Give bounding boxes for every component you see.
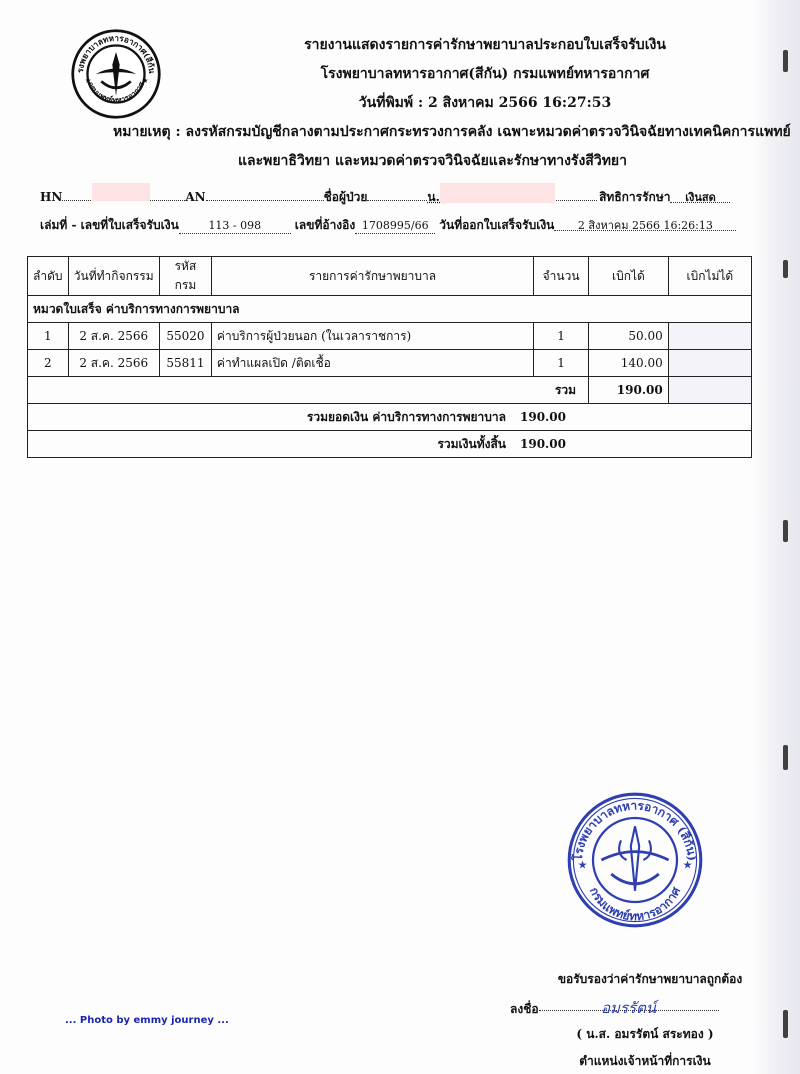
redacted-patient-name [440,183,555,203]
an-value [206,186,324,201]
patient-name-label: ชื่อผู้ป่วย [324,188,368,207]
row-description: ค่าทำแผลเปิด /ติดเชื้อ [211,350,533,377]
row-non-claimable [668,323,751,350]
row-quantity: 1 [534,323,589,350]
patient-name-lead [367,186,427,201]
row-non-claimable [668,350,751,377]
row-claimable: 50.00 [589,323,669,350]
signature-field: อมรรัตน์ [539,996,719,1011]
subtotal-value: 190.00 [589,377,669,404]
rights-label: สิทธิการรักษา [599,188,670,207]
row-quantity: 1 [534,350,589,377]
receipt-number-value: 113 - 098 [179,219,291,234]
subtotal-non-claimable [668,377,751,404]
handwritten-signature: อมรรัตน์ [601,999,656,1017]
hn-label: HN [40,190,62,204]
table-row: 2 2 ส.ค. 2566 55811 ค่าทำแผลเปิด /ติดเชื… [28,350,752,377]
note-line-2: และพยาธิวิทยา และหมวดค่าตรวจวินิจฉัยและร… [238,150,627,172]
category-label: หมวดใบเสร็จ ค่าบริการทางการพยาบาล [28,296,752,323]
category-total-row: รวมยอดเงิน ค่าบริการทางการพยาบาล 190.00 [28,404,752,431]
reference-label: เลขที่อ้างอิง [295,216,355,235]
col-header-claimable: เบิกได้ [589,257,669,296]
row-code: 55811 [159,350,211,377]
category-total-cell: รวมยอดเงิน ค่าบริการทางการพยาบาล 190.00 [28,404,752,431]
scan-edge-shadow [752,0,800,1074]
subtotal-label: รวม [28,377,589,404]
an-label: AN [185,190,205,204]
receipt-number-label: เล่มที่ - เลขที่ใบเสร็จรับเงิน [40,216,179,235]
bill-items-table: ลำดับ วันที่ทำกิจกรรม รหัสกรม รายการค่าร… [27,256,752,458]
col-header-no: ลำดับ [28,257,69,296]
row-code: 55020 [159,323,211,350]
receipt-info-row: เล่มที่ - เลขที่ใบเสร็จรับเงิน 113 - 098… [40,216,736,235]
grand-total-cell: รวมเงินทั้งสิ้น 190.00 [28,431,752,458]
col-header-quantity: จำนวน [534,257,589,296]
svg-text:★: ★ [578,858,588,871]
subtotal-row: รวม 190.00 [28,377,752,404]
scan-binding-mark [783,745,788,770]
col-header-date: วันที่ทำกิจกรรม [68,257,159,296]
table-row: 1 2 ส.ค. 2566 55020 ค่าบริการผู้ป่วยนอก … [28,323,752,350]
category-row: หมวดใบเสร็จ ค่าบริการทางการพยาบาล [28,296,752,323]
sign-label: ลงชื่อ [510,1002,539,1016]
row-no: 2 [28,350,69,377]
redacted-hn [92,183,150,201]
print-date: วันที่พิมพ์ : 2 สิงหาคม 2566 16:27:53 [85,92,800,114]
scan-binding-mark [783,520,788,542]
reference-value: 1708995/66 [355,219,435,234]
col-header-non-claimable: เบิกไม่ได้ [668,257,751,296]
signature-line: ลงชื่ออมรรัตน์ [480,996,800,1019]
grand-total-label: รวมเงินทั้งสิ้น [28,435,520,454]
row-claimable: 140.00 [589,350,669,377]
table-header-row: ลำดับ วันที่ทำกิจกรรม รหัสกรม รายการค่าร… [28,257,752,296]
scan-binding-mark [783,260,788,278]
row-date: 2 ส.ค. 2566 [68,323,159,350]
hospital-name: โรงพยาบาลทหารอากาศ(สีกัน) กรมแพทย์ทหารอา… [85,63,800,85]
report-title: รายงานแสดงรายการค่ารักษาพยาบาลประกอบใบเส… [85,34,800,56]
category-total-value: 190.00 [520,410,566,424]
row-date: 2 ส.ค. 2566 [68,350,159,377]
note-line-1: หมายเหตุ : ลงรหัสกรมบัญชีกลางตามประกาศกร… [113,121,791,143]
col-header-code: รหัสกรม [159,257,211,296]
certification-text: ขอรับรองว่าค่ารักษาพยาบาลถูกต้อง [500,970,800,989]
category-total-label: รวมยอดเงิน ค่าบริการทางการพยาบาล [28,408,520,427]
issue-date-label: วันที่ออกใบเสร็จรับเงิน [439,216,554,235]
rights-value: เงินสด [670,188,730,203]
row-no: 1 [28,323,69,350]
svg-text:★: ★ [683,858,693,871]
signer-position: ตำแหน่งเจ้าหน้าที่การเงิน [495,1052,795,1071]
col-header-description: รายการค่ารักษาพยาบาล [211,257,533,296]
row-description: ค่าบริการผู้ป่วยนอก (ในเวลาราชการ) [211,323,533,350]
signer-name: ( น.ส. อมรรัตน์ สระทอง ) [495,1025,795,1044]
grand-total-value: 190.00 [520,437,566,451]
issue-date-value: 2 สิงหาคม 2566 16:26:13 [554,216,736,231]
official-stamp-icon: โรงพยาบาลทหารอากาศ (สีกัน) กรมแพทย์ทหารอ… [565,790,705,930]
grand-total-row: รวมเงินทั้งสิ้น 190.00 [28,431,752,458]
photo-credit-watermark: ... Photo by emmy journey ... [65,1015,229,1026]
